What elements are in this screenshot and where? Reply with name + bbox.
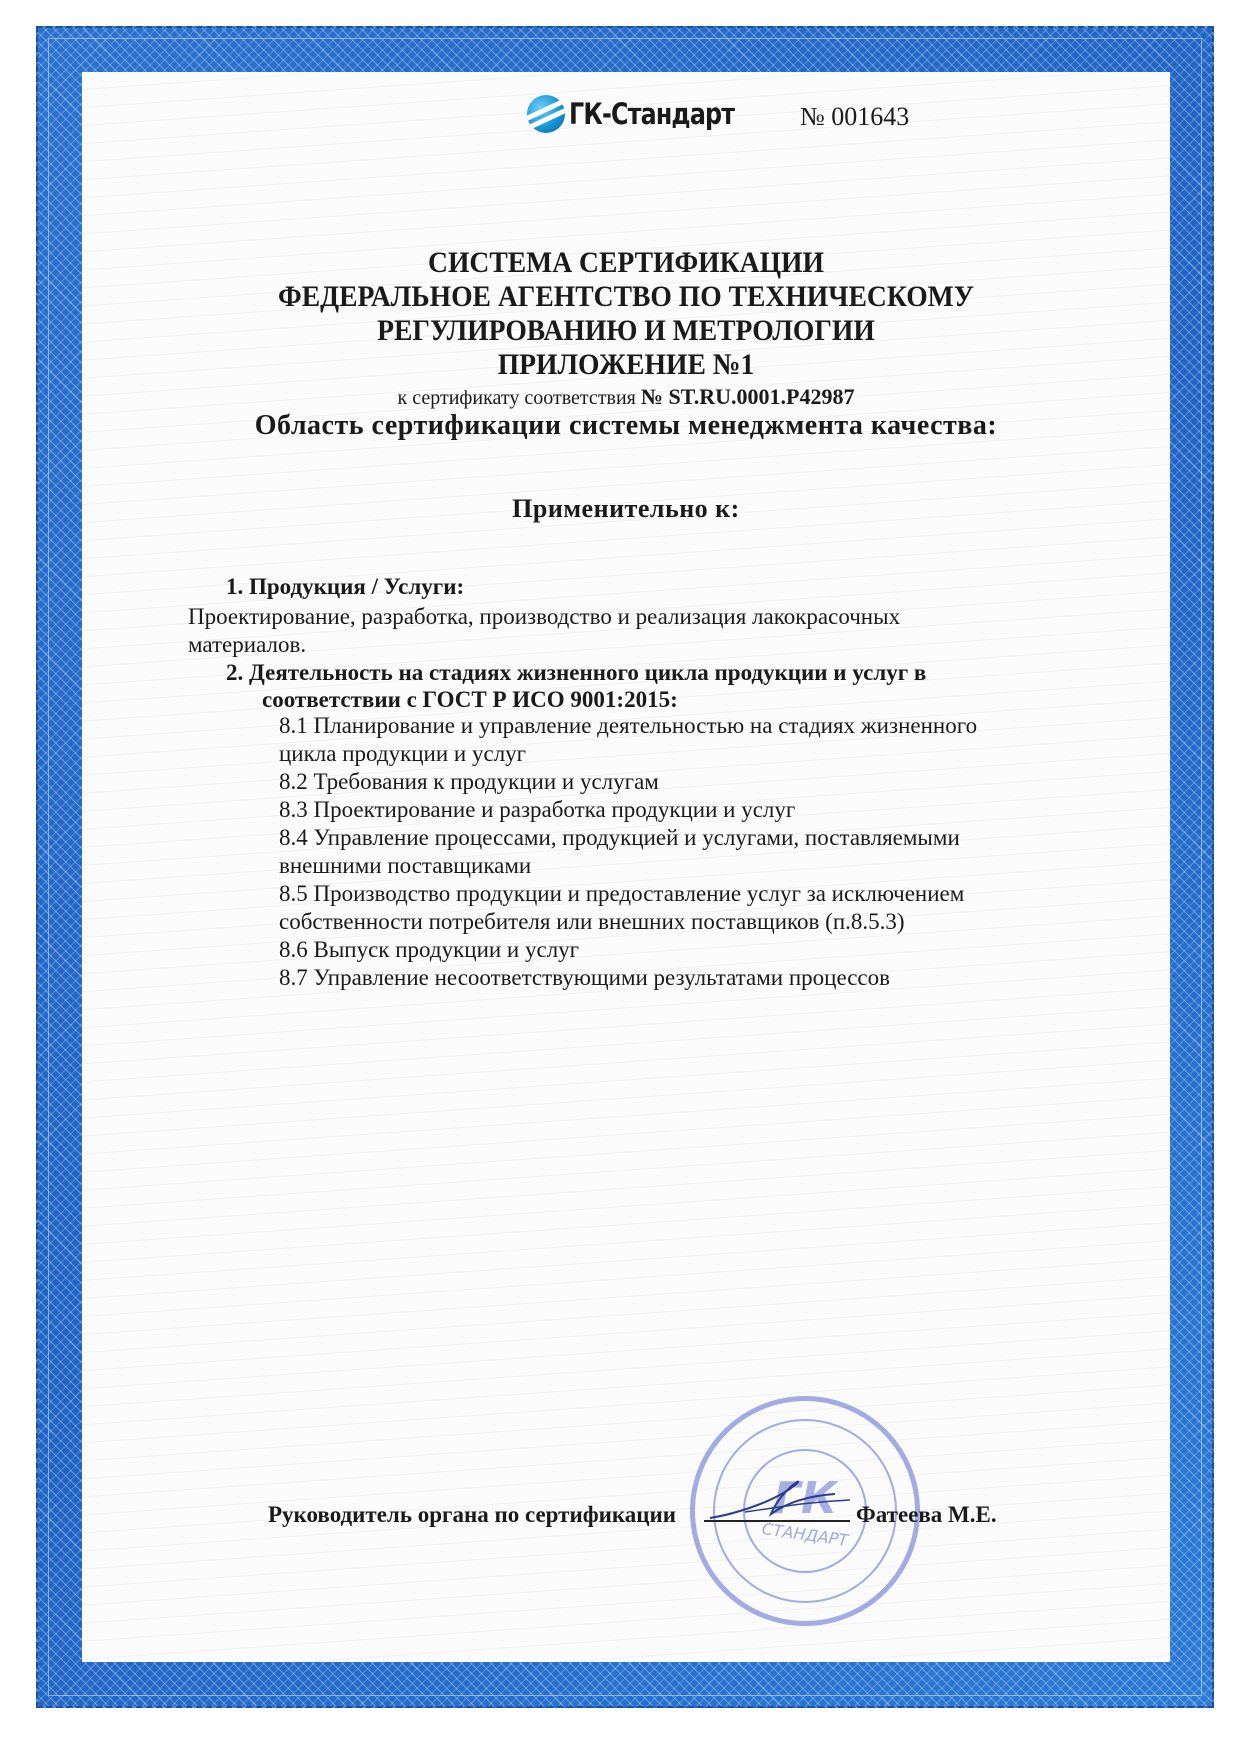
logo-text: ГК-Стандарт bbox=[569, 97, 734, 131]
signature-line bbox=[704, 1520, 850, 1522]
item-8-2: 8.2 Требования к продукции и услугам bbox=[279, 768, 977, 796]
title-line-4: ПРИЛОЖЕНИЕ №1 bbox=[126, 348, 1127, 382]
certificate-number: № ST.RU.0001.P42987 bbox=[641, 384, 855, 409]
item-8-4-cont: внешними поставщиками bbox=[279, 852, 977, 880]
section-1-heading: 1. Продукция / Услуги: bbox=[226, 573, 464, 601]
item-8-3: 8.3 Проектирование и разработка продукци… bbox=[279, 796, 977, 824]
section-1-text-line-2: материалов. bbox=[188, 631, 306, 659]
title-line-3: РЕГУЛИРОВАНИЮ И МЕТРОЛОГИИ bbox=[126, 314, 1127, 348]
section-2-heading-line-2: соответствии с ГОСТ Р ИСО 9001:2015: bbox=[262, 686, 678, 714]
title-line-2: ФЕДЕРАЛЬНОЕ АГЕНТСТВО ПО ТЕХНИЧЕСКОМУ bbox=[126, 280, 1127, 314]
certificate-prefix: к сертификату соответствия bbox=[398, 387, 636, 409]
item-8-5: 8.5 Производство продукции и предоставле… bbox=[279, 880, 977, 908]
globe-icon bbox=[527, 95, 565, 133]
company-logo: ГК-Стандарт bbox=[527, 95, 770, 133]
section-2-items: 8.1 Планирование и управление деятельнос… bbox=[279, 712, 977, 992]
handwritten-signature bbox=[705, 1474, 855, 1524]
item-8-1-cont: цикла продукции и услуг bbox=[279, 740, 977, 768]
applicable-to-heading: Применительно к: bbox=[82, 494, 1170, 524]
certificate-reference: к сертификату соответствия № ST.RU.0001.… bbox=[82, 384, 1170, 410]
signatory-name: Фатеева М.Е. bbox=[856, 1502, 997, 1528]
section-2-heading-line-1: 2. Деятельность на стадиях жизненного ци… bbox=[226, 659, 926, 687]
signatory-role: Руководитель органа по сертификации bbox=[268, 1502, 676, 1528]
item-8-7: 8.7 Управление несоответствующими резуль… bbox=[279, 964, 977, 992]
item-8-5-cont: собственности потребителя или внешних по… bbox=[279, 908, 977, 936]
scope-title: Область сертификации системы менеджмента… bbox=[82, 410, 1170, 442]
document-number: № 001643 bbox=[800, 102, 909, 132]
item-8-6: 8.6 Выпуск продукции и услуг bbox=[279, 936, 977, 964]
section-1-text-line-1: Проектирование, разработка, производство… bbox=[188, 603, 900, 631]
item-8-4: 8.4 Управление процессами, продукцией и … bbox=[279, 824, 977, 852]
item-8-1: 8.1 Планирование и управление деятельнос… bbox=[279, 712, 977, 740]
title-line-1: СИСТЕМА СЕРТИФИКАЦИИ bbox=[126, 246, 1127, 280]
